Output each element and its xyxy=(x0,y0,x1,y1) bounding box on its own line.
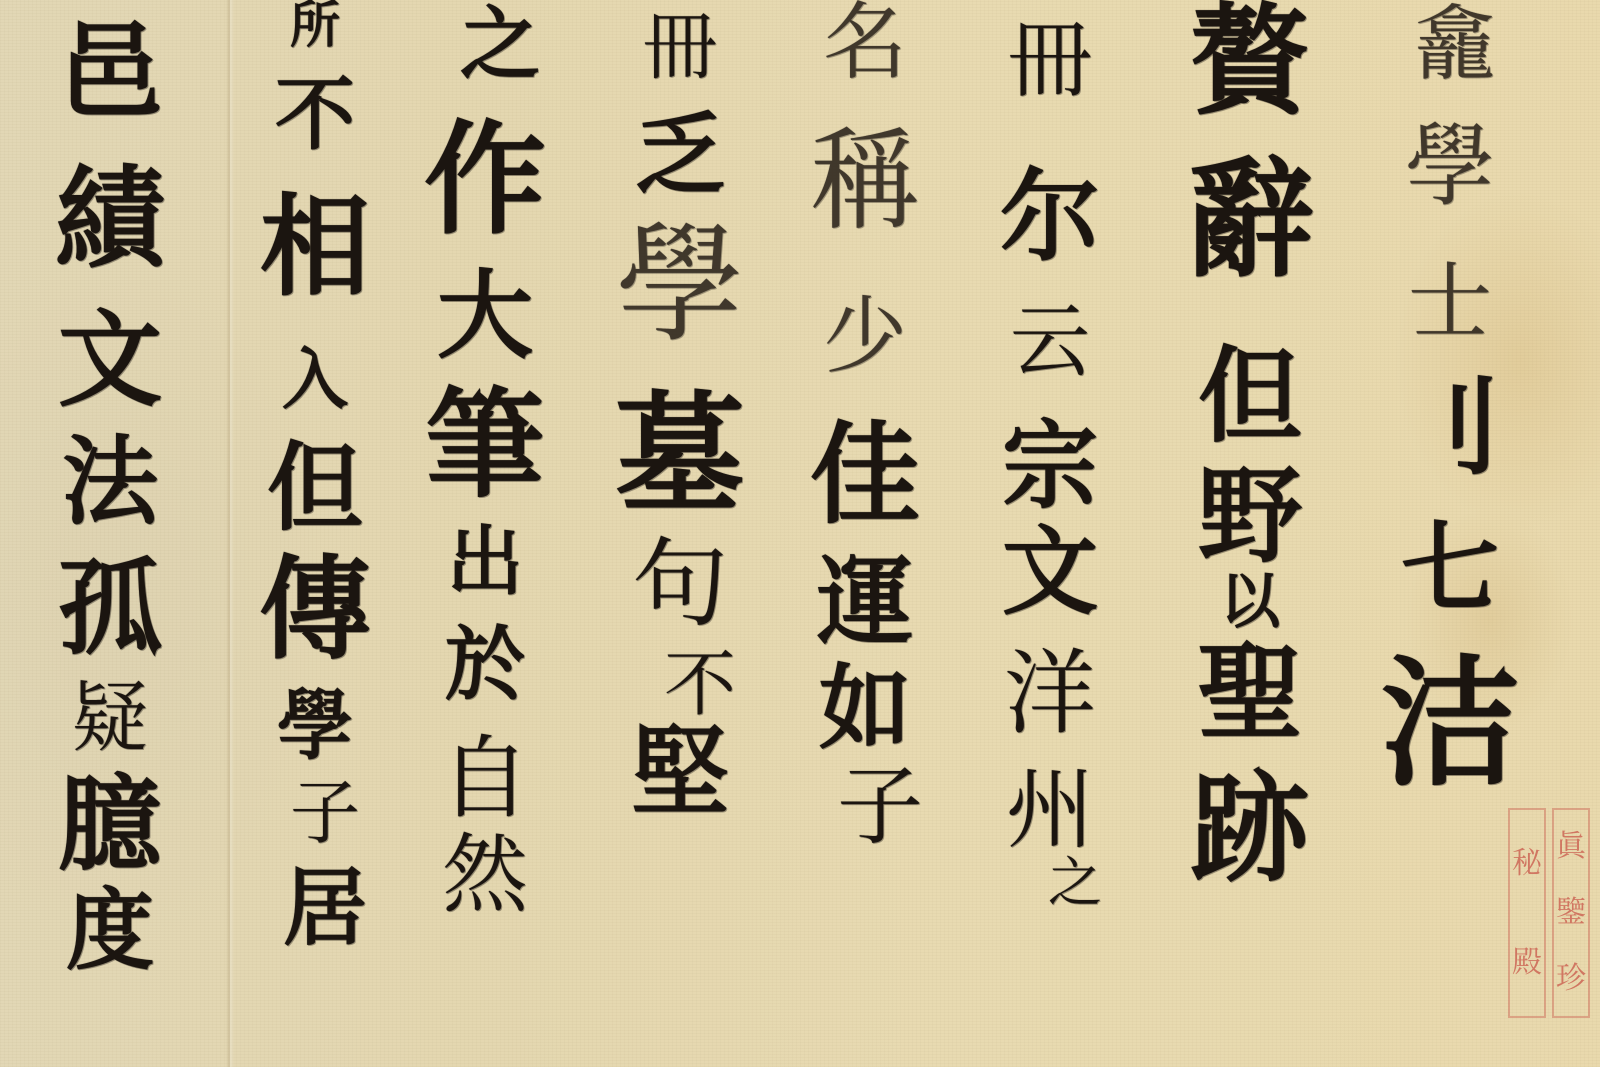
seal-left-column: 秘 殿 xyxy=(1508,808,1546,1018)
text-column-5: 冊 乏 學 墓 句 不 堅 xyxy=(610,0,750,822)
calligraphy-character: 佳 xyxy=(810,420,920,530)
calligraphy-scroll: 龕 學 士 刂 七 洁 贅 辭 但 野 以 聖 跡 冊 尔 云 宗 文 洋 州 … xyxy=(0,0,1600,1067)
calligraphy-character: 運 xyxy=(817,554,913,650)
text-column-4: 名 稱 少 佳 運 如 子 xyxy=(800,0,930,850)
calligraphy-character: 冊 xyxy=(643,10,717,84)
calligraphy-character: 宗 xyxy=(1002,418,1098,514)
seal-right-column: 眞 鑒 珍 xyxy=(1552,808,1590,1018)
calligraphy-character: 法 xyxy=(62,434,158,530)
calligraphy-character: 子 xyxy=(837,764,923,850)
calligraphy-character: 子 xyxy=(290,778,360,848)
calligraphy-character: 不 xyxy=(664,648,736,720)
calligraphy-character: 大 xyxy=(437,268,533,364)
calligraphy-character: 之 xyxy=(460,4,540,84)
calligraphy-character: 稱 xyxy=(810,126,920,236)
text-column-6: 之 作 大 筆 出 於 自 然 xyxy=(415,0,555,918)
mounting-seam xyxy=(226,0,234,1067)
calligraphy-character: 七 xyxy=(1401,520,1499,618)
calligraphy-character: 名 xyxy=(823,0,907,84)
text-column-1: 龕 學 士 刂 七 洁 xyxy=(1385,0,1515,794)
calligraphy-character: 野 xyxy=(1198,464,1302,568)
calligraphy-character: 之 xyxy=(1048,856,1102,910)
calligraphy-character: 句 xyxy=(632,536,728,632)
calligraphy-character: 文 xyxy=(58,308,162,412)
calligraphy-character: 跡 xyxy=(1191,770,1309,888)
calligraphy-character: 筆 xyxy=(426,386,544,504)
calligraphy-character: 堅 xyxy=(631,724,729,822)
calligraphy-character: 出 xyxy=(447,524,523,600)
calligraphy-character: 入 xyxy=(282,346,348,412)
calligraphy-character: 不 xyxy=(275,74,355,154)
calligraphy-character: 尔 xyxy=(1000,166,1100,266)
seal-character: 珍 xyxy=(1556,964,1586,994)
calligraphy-character: 相 xyxy=(260,192,370,302)
calligraphy-character: 州 xyxy=(1006,766,1094,854)
calligraphy-character: 所 xyxy=(290,0,340,50)
calligraphy-character: 於 xyxy=(445,624,525,704)
calligraphy-character: 居 xyxy=(283,866,367,950)
seal-character: 眞 xyxy=(1556,832,1586,862)
calligraphy-character: 文 xyxy=(1002,524,1098,620)
calligraphy-character: 刂 xyxy=(1398,376,1502,480)
calligraphy-character: 孤 xyxy=(58,556,162,660)
calligraphy-character: 乏 xyxy=(635,110,725,200)
text-column-7: 所 不 相 入 但 傳 學 子 居 xyxy=(250,0,380,950)
text-column-2: 贅 辭 但 野 以 聖 跡 xyxy=(1180,0,1320,888)
calligraphy-character: 以 xyxy=(1220,572,1280,632)
seal-character: 殿 xyxy=(1512,948,1542,978)
text-column-3: 冊 尔 云 宗 文 洋 州 之 xyxy=(985,0,1115,910)
calligraphy-character: 如 xyxy=(819,662,911,754)
calligraphy-character: 度 xyxy=(66,886,154,974)
calligraphy-character: 聖 xyxy=(1197,640,1303,746)
calligraphy-character: 作 xyxy=(424,118,546,240)
calligraphy-character: 冊 xyxy=(1008,18,1092,102)
calligraphy-character: 臆 xyxy=(58,772,162,876)
seal-character: 鑒 xyxy=(1556,898,1586,928)
calligraphy-character: 洋 xyxy=(1004,648,1096,740)
calligraphy-character: 學 xyxy=(277,688,353,764)
calligraphy-character: 士 xyxy=(1408,260,1492,344)
calligraphy-character: 洁 xyxy=(1380,654,1520,794)
calligraphy-character: 辭 xyxy=(1186,156,1314,284)
calligraphy-character: 但 xyxy=(1198,344,1302,448)
calligraphy-character: 贅 xyxy=(1191,2,1309,120)
calligraphy-character: 績 xyxy=(55,164,165,274)
calligraphy-character: 但 xyxy=(267,440,363,536)
calligraphy-character: 墓 xyxy=(615,390,745,520)
calligraphy-character: 邑 xyxy=(58,20,162,124)
calligraphy-character: 自 xyxy=(440,734,530,824)
seal-character: 秘 xyxy=(1512,849,1542,879)
text-column-8: 邑 績 文 法 孤 疑 臆 度 xyxy=(35,0,185,974)
calligraphy-character: 傳 xyxy=(259,554,371,666)
calligraphy-character: 龕 xyxy=(1414,4,1496,86)
calligraphy-character: 然 xyxy=(442,832,528,918)
calligraphy-character: 學 xyxy=(1405,122,1495,212)
calligraphy-character: 疑 xyxy=(72,680,148,756)
calligraphy-character: 云 xyxy=(1010,302,1090,382)
calligraphy-character: 少 xyxy=(823,294,907,378)
red-seal-stamp: 秘 殿 眞 鑒 珍 xyxy=(1508,808,1600,1018)
calligraphy-character: 學 xyxy=(616,222,744,350)
